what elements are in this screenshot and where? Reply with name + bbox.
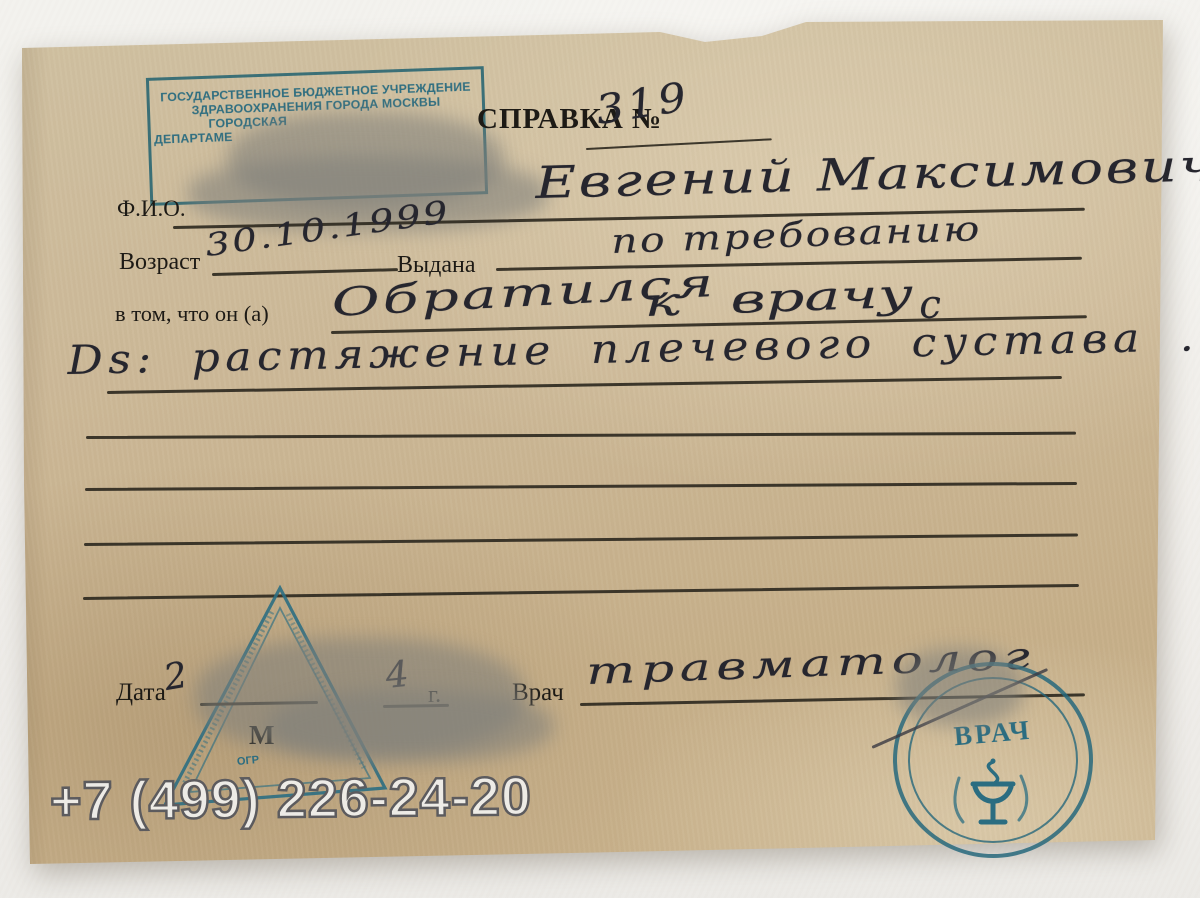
fio-label: Ф.И.О. [117,196,186,222]
photo-scene: ГОСУДАРСТВЕННОЕ БЮДЖЕТНОЕ УЧРЕЖДЕНИЕ ЗДР… [0,0,1200,898]
stamp-line-4: ДЕПАРТАМЕ [154,130,233,147]
ogrn-fragment: ОГР [237,754,260,768]
statement-value-2: к врачу [643,272,913,326]
redaction-smudge-date-2 [268,690,553,762]
redaction-smudge-stamp [896,648,1024,726]
bowl-of-hygieia-icon [951,754,1035,846]
date-label: Дата [116,679,166,707]
statement-label: в том, что он (а) [115,301,269,327]
age-label: Возраст [119,249,200,276]
phone-watermark: +7 (499) 226-24-20 [50,765,532,832]
